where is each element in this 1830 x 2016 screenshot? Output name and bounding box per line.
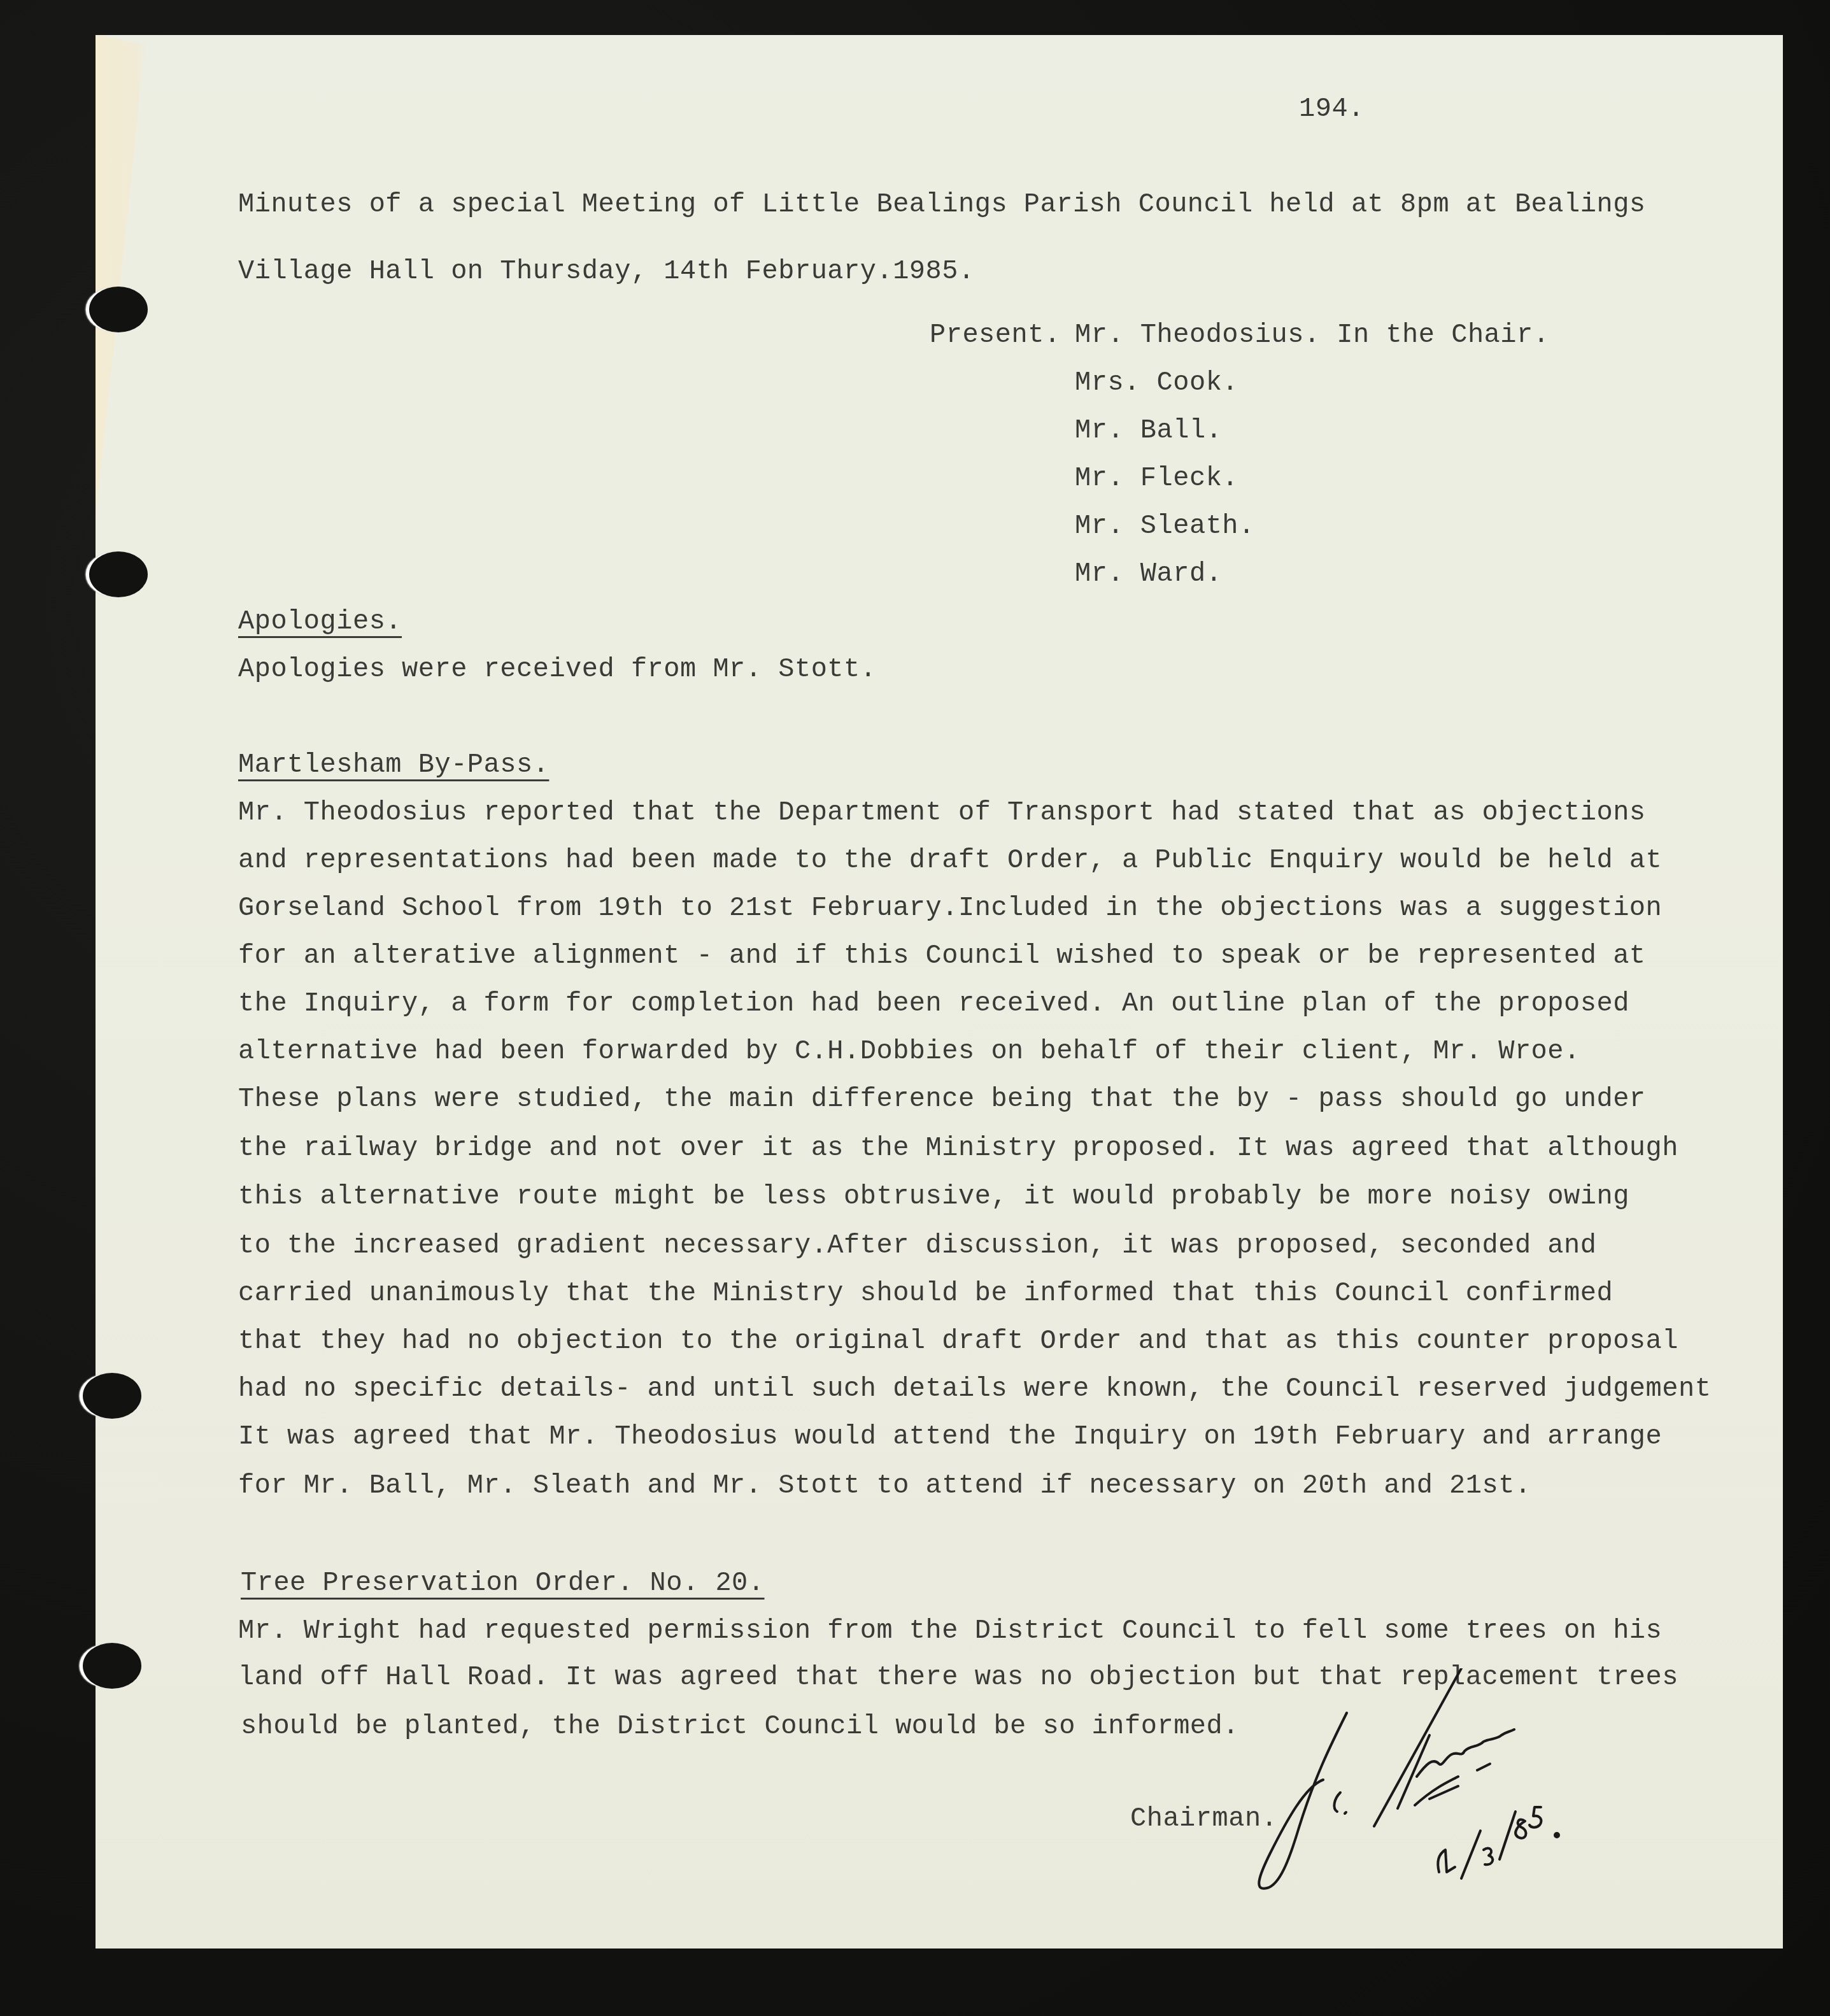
bypass-line: to the increased gradient necessary.Afte… (238, 1232, 1596, 1259)
bypass-line: the Inquiry, a form for completion had b… (238, 990, 1629, 1017)
tree-order-line: should be planted, the District Council … (241, 1713, 1239, 1740)
bypass-line: alternative had been forwarded by C.H.Do… (238, 1038, 1580, 1065)
chairman-signature (1210, 1668, 1694, 1910)
bypass-line: had no specific details- and until such … (238, 1375, 1711, 1402)
bypass-line: carried unanimously that the Ministry sh… (238, 1280, 1613, 1307)
section-heading-apologies: Apologies. (238, 608, 402, 635)
bypass-line: this alternative route might be less obt… (238, 1183, 1629, 1210)
present-member: Mr. Sleath. (1075, 513, 1255, 539)
section-heading-martlesham-bypass: Martlesham By-Pass. (238, 751, 549, 778)
present-label: Present. (930, 322, 1061, 348)
bypass-line: and representations had been made to the… (238, 847, 1662, 874)
bypass-line: for Mr. Ball, Mr. Sleath and Mr. Stott t… (238, 1472, 1531, 1499)
page-number: 194. (1299, 96, 1365, 122)
bypass-line: the railway bridge and not over it as th… (238, 1135, 1678, 1161)
present-member: Mr. Fleck. (1075, 465, 1238, 492)
bypass-line: for an alterative alignment - and if thi… (238, 942, 1646, 969)
bypass-line: It was agreed that Mr. Theodosius would … (238, 1423, 1662, 1450)
present-member: Mr. Ball. (1075, 417, 1222, 444)
present-member: Mr. Ward. (1075, 560, 1222, 587)
punch-hole (83, 1373, 141, 1419)
bypass-line: Gorseland School from 19th to 21st Febru… (238, 895, 1662, 921)
minutes-title-line-2: Village Hall on Thursday, 14th February.… (238, 258, 975, 285)
bypass-line: Mr. Theodosius reported that the Departm… (238, 799, 1646, 826)
tree-order-line: Mr. Wright had requested permission from… (238, 1617, 1662, 1644)
apologies-line: Apologies were received from Mr. Stott. (238, 656, 876, 683)
bypass-line: These plans were studied, the main diffe… (238, 1086, 1646, 1112)
section-heading-tree-preservation-order: Tree Preservation Order. No. 20. (241, 1570, 765, 1596)
punch-hole (89, 551, 148, 597)
signature-icon (1210, 1668, 1694, 1910)
bypass-line: that they had no objection to the origin… (238, 1328, 1678, 1354)
present-member-chair: Mr. Theodosius. In the Chair. (1075, 322, 1549, 348)
minutes-title-line-1: Minutes of a special Meeting of Little B… (238, 191, 1646, 218)
punch-hole (89, 287, 148, 332)
punch-hole (83, 1643, 141, 1689)
present-member: Mrs. Cook. (1075, 369, 1238, 396)
